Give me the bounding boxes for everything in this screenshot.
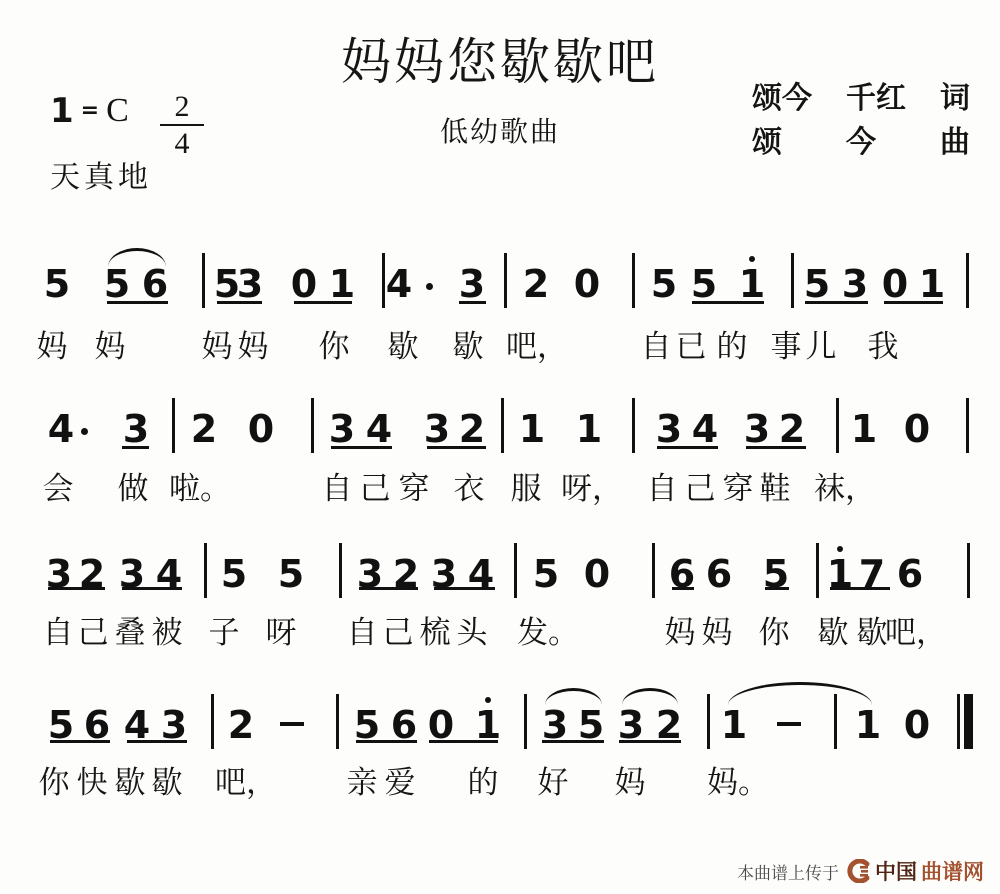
note: 6: [77, 706, 117, 744]
barline: [339, 543, 342, 598]
beam-underline: [746, 446, 806, 449]
octave-dot: [749, 256, 755, 262]
barline: [836, 398, 839, 453]
site-logo-icon: [847, 859, 871, 883]
beam-underline: [459, 301, 486, 304]
note: 0: [875, 265, 915, 303]
note: 5: [271, 555, 311, 593]
beam-underline: [50, 740, 110, 743]
lyric-syllable: 吧，: [201, 766, 291, 800]
note: 3: [737, 410, 777, 448]
beam-underline: [48, 587, 105, 590]
lyric-syllable: 呀: [236, 616, 326, 650]
site-brand-link[interactable]: 中国 曲谱网: [847, 856, 984, 886]
note: 6: [135, 265, 175, 303]
octave-dot: [837, 546, 843, 552]
beam-underline: [884, 301, 943, 304]
beam-underline: [542, 740, 604, 743]
note: 2: [516, 265, 556, 303]
note: 3: [417, 410, 457, 448]
slur-tie-arc: [622, 688, 678, 705]
lyric-syllable: 发。: [503, 616, 593, 650]
note: 1: [732, 265, 772, 303]
beam-underline: [657, 446, 718, 449]
note: 1: [569, 410, 609, 448]
duration-dash: [280, 722, 304, 726]
beam-underline: [765, 587, 789, 590]
lyric-syllable: 吧，: [871, 616, 961, 650]
note: 4: [359, 410, 399, 448]
note: 3: [452, 265, 492, 303]
note: 5: [526, 555, 566, 593]
note: 4: [379, 265, 419, 303]
note: 0: [897, 706, 937, 744]
barline: [707, 694, 710, 749]
note: 1: [844, 410, 884, 448]
note: 2: [772, 410, 812, 448]
note: 5: [571, 706, 611, 744]
note: 3: [230, 265, 270, 303]
barline: [816, 543, 819, 598]
beam-underline: [217, 301, 262, 304]
note: 0: [421, 706, 461, 744]
note: 5: [684, 265, 724, 303]
barline: [211, 694, 214, 749]
note: 0: [284, 265, 324, 303]
barline: [172, 398, 175, 453]
note: 4: [685, 410, 725, 448]
beam-underline: [294, 301, 352, 304]
lyric-syllable: 妈: [65, 330, 155, 364]
lyric-syllable: 袜，: [800, 472, 890, 506]
lyric-syllable: 啦。: [155, 472, 245, 506]
beam-underline: [805, 301, 868, 304]
note: 0: [241, 410, 281, 448]
beam-underline: [672, 587, 694, 590]
beam-underline: [434, 587, 495, 590]
barline: [202, 253, 205, 308]
lyric-syllable: 妈。: [693, 766, 783, 800]
note: 3: [116, 410, 156, 448]
barline: [311, 398, 314, 453]
beam-underline: [107, 301, 168, 304]
duration-dash: [777, 722, 801, 726]
barline: [204, 543, 207, 598]
augmentation-dot: [81, 428, 88, 435]
note: 0: [577, 555, 617, 593]
barline: [967, 543, 970, 598]
site-name-part2: 曲谱网: [921, 856, 984, 886]
barline: [504, 253, 507, 308]
note: 2: [452, 410, 492, 448]
note: 5: [347, 706, 387, 744]
note: 1: [468, 706, 508, 744]
beam-underline: [619, 740, 681, 743]
note: 6: [384, 706, 424, 744]
note: 2: [184, 410, 224, 448]
note: 5: [37, 265, 77, 303]
augmentation-dot: [426, 283, 433, 290]
barline: [791, 253, 794, 308]
slur-tie-arc: [728, 682, 872, 705]
barline: [501, 398, 504, 453]
lyric-syllable: 吧，: [492, 330, 582, 364]
beam-underline: [427, 446, 486, 449]
note: 3: [322, 410, 362, 448]
lyric-syllable: 妈: [208, 330, 298, 364]
beam-underline: [692, 301, 764, 304]
note: 3: [649, 410, 689, 448]
barline: [966, 253, 969, 308]
note: 3: [611, 706, 651, 744]
final-barline-thin: [957, 694, 960, 749]
final-barline-thick: [964, 694, 973, 749]
sheet-music-page: 妈妈您歇歇吧 低幼歌曲 1 = C 2 4 天真地 颂今 千红 词 颂 今 曲 …: [0, 0, 1000, 894]
note: 5: [797, 265, 837, 303]
beam-underline: [830, 587, 890, 590]
beam-underline: [359, 587, 418, 590]
beam-underline: [331, 446, 392, 449]
slur-tie-arc: [545, 688, 602, 705]
beam-underline: [356, 740, 417, 743]
barline: [514, 543, 517, 598]
barline: [966, 398, 969, 453]
beam-underline: [122, 446, 149, 449]
note: 0: [567, 265, 607, 303]
note: 3: [835, 265, 875, 303]
octave-dot: [485, 697, 491, 703]
slur-tie-arc: [108, 248, 166, 267]
barline: [524, 694, 527, 749]
lyric-syllable: 妈: [585, 766, 675, 800]
note: 1: [714, 706, 754, 744]
uploaded-by-text: 本曲谱上传于: [737, 859, 839, 884]
lyric-syllable: 爱: [355, 766, 445, 800]
note: 5: [41, 706, 81, 744]
note: 1: [322, 265, 362, 303]
beam-underline: [127, 740, 187, 743]
site-name-part1: 中国: [875, 856, 917, 886]
note: 3: [535, 706, 575, 744]
barline: [632, 398, 635, 453]
note: 4: [117, 706, 157, 744]
note: 2: [649, 706, 689, 744]
lyric-syllable: 歇: [122, 766, 212, 800]
note: 1: [848, 706, 888, 744]
note: 4: [41, 410, 81, 448]
watermark-footer: 本曲谱上传于 中国 曲谱网: [737, 856, 984, 886]
note: 2: [221, 706, 261, 744]
note: 1: [912, 265, 952, 303]
lyric-syllable: 我: [838, 330, 928, 364]
beam-underline: [122, 587, 182, 590]
barline: [652, 543, 655, 598]
note: 5: [214, 555, 254, 593]
barline: [632, 253, 635, 308]
beam-underline: [429, 740, 498, 743]
note: 1: [512, 410, 552, 448]
note: 3: [154, 706, 194, 744]
note: 6: [890, 555, 930, 593]
note: 6: [699, 555, 739, 593]
jianpu-score: 556530143205515301妈妈妈妈你歇歇吧，自已的事儿我4320343…: [0, 0, 1000, 894]
note: 5: [644, 265, 684, 303]
note: 0: [897, 410, 937, 448]
barline: [336, 694, 339, 749]
note: 5: [97, 265, 137, 303]
